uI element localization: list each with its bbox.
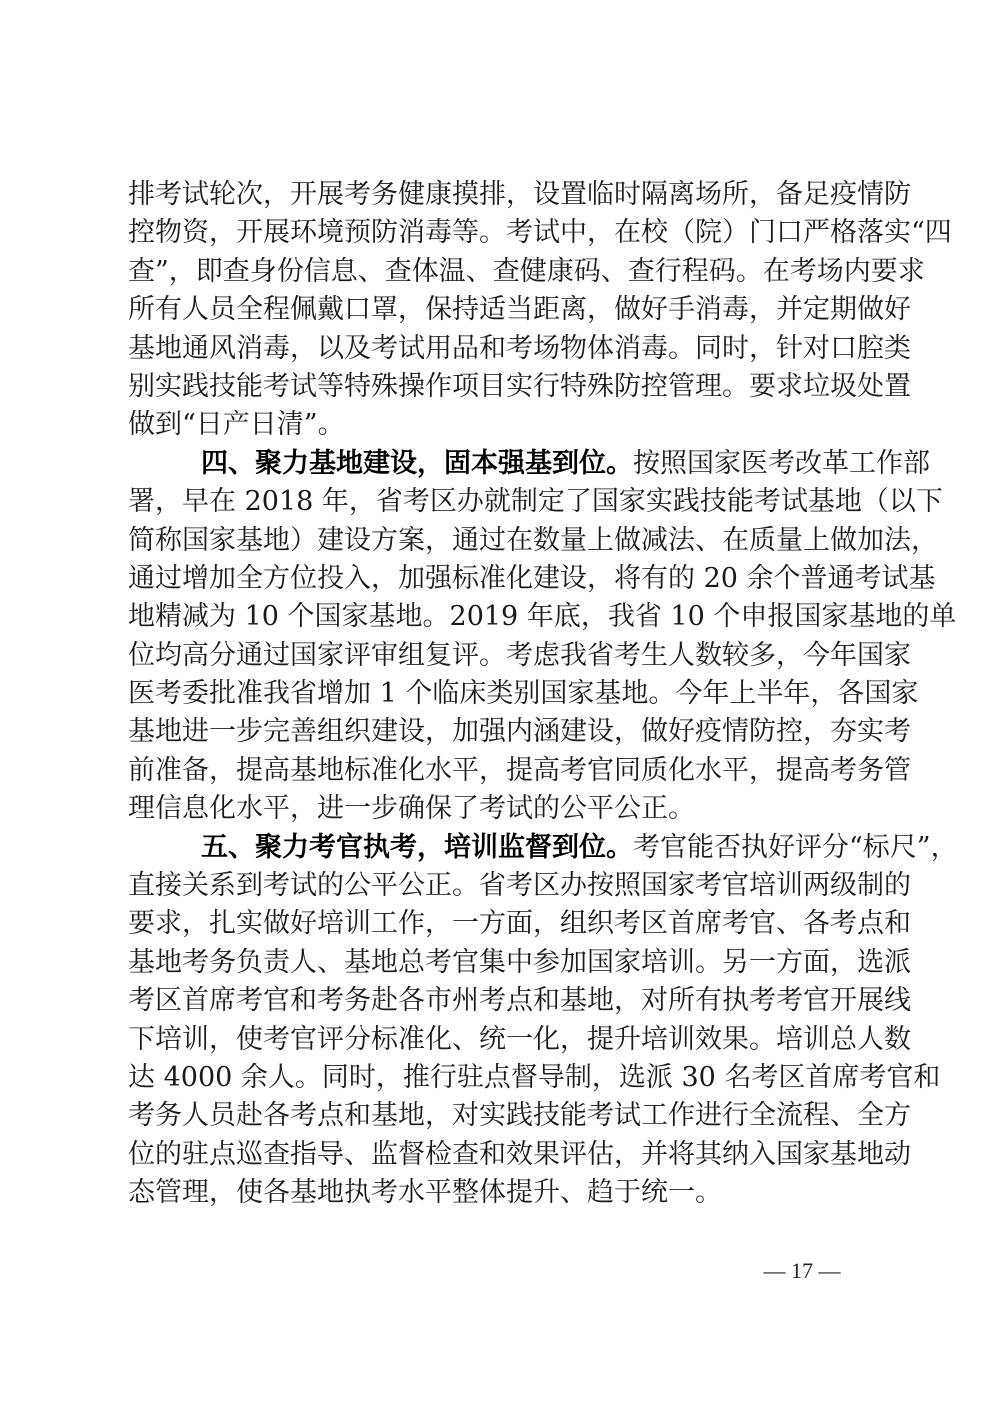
body-text: 排考试轮次，开展考务健康摸排，设置临时隔离场所，备足疫情防 控物资，开展环境预防…	[128, 176, 864, 1213]
text-run: 考官能否执好评分“标尺”，	[633, 832, 958, 863]
page-number: — 17 —	[752, 1258, 852, 1284]
section-four-first-line: 四、聚力基地建设，固本强基到位。按照国家医考改革工作部	[128, 445, 864, 483]
text-line: 位的驻点巡查指导、监督检查和效果评估，并将其纳入国家基地动	[128, 1136, 864, 1174]
text-line: 达 4000 余人。同时，推行驻点督导制，选派 30 名考区首席考官和	[128, 1059, 864, 1097]
text-line: 地精减为 10 个国家基地。2019 年底，我省 10 个申报国家基地的单	[128, 598, 864, 636]
text-line: 别实践技能考试等特殊操作项目实行特殊防控管理。要求垃圾处置	[128, 368, 864, 406]
section-heading-five: 五、聚力考官执考，培训监督到位。	[201, 832, 633, 863]
text-line: 前准备，提高基地标准化水平，提高考官同质化水平，提高考务管	[128, 752, 864, 790]
text-line: 署，早在 2018 年，省考区办就制定了国家实践技能考试基地（以下	[128, 483, 864, 521]
text-line: 基地进一步完善组织建设，加强内涵建设，做好疫情防控，夯实考	[128, 713, 864, 751]
text-line: 态管理，使各基地执考水平整体提升、趋于统一。	[128, 1174, 864, 1212]
text-line: 做到“日产日清”。	[128, 406, 864, 444]
text-run: 按照国家医考改革工作部	[633, 448, 930, 479]
text-line: 简称国家基地）建设方案，通过在数量上做减法、在质量上做加法，	[128, 522, 864, 560]
text-line: 下培训，使考官评分标准化、统一化，提升培训效果。培训总人数	[128, 1021, 864, 1059]
text-line: 排考试轮次，开展考务健康摸排，设置临时隔离场所，备足疫情防	[128, 176, 864, 214]
text-line: 所有人员全程佩戴口罩，保持适当距离，做好手消毒，并定期做好	[128, 291, 864, 329]
text-line: 控物资，开展环境预防消毒等。考试中，在校（院）门口严格落实“四	[128, 214, 864, 252]
text-line: 查”，即查身份信息、查体温、查健康码、查行程码。在考场内要求	[128, 253, 864, 291]
text-line: 基地考务负责人、基地总考官集中参加国家培训。另一方面，选派	[128, 944, 864, 982]
text-line: 考务人员赴各考点和基地，对实践技能考试工作进行全流程、全方	[128, 1097, 864, 1135]
text-line: 医考委批准我省增加 1 个临床类别国家基地。今年上半年，各国家	[128, 675, 864, 713]
text-line: 位均高分通过国家评审组复评。考虑我省考生人数较多，今年国家	[128, 637, 864, 675]
text-line: 理信息化水平，进一步确保了考试的公平公正。	[128, 790, 864, 828]
text-line: 考区首席考官和考务赴各市州考点和基地，对所有执考考官开展线	[128, 982, 864, 1020]
section-five-first-line: 五、聚力考官执考，培训监督到位。考官能否执好评分“标尺”，	[128, 829, 864, 867]
section-heading-four: 四、聚力基地建设，固本强基到位。	[201, 448, 633, 479]
text-line: 要求，扎实做好培训工作，一方面，组织考区首席考官、各考点和	[128, 905, 864, 943]
text-line: 直接关系到考试的公平公正。省考区办按照国家考官培训两级制的	[128, 867, 864, 905]
text-line: 通过增加全方位投入，加强标准化建设，将有的 20 余个普通考试基	[128, 560, 864, 598]
document-page: 排考试轮次，开展考务健康摸排，设置临时隔离场所，备足疫情防 控物资，开展环境预防…	[0, 0, 992, 1403]
text-line: 基地通风消毒，以及考试用品和考场物体消毒。同时，针对口腔类	[128, 330, 864, 368]
